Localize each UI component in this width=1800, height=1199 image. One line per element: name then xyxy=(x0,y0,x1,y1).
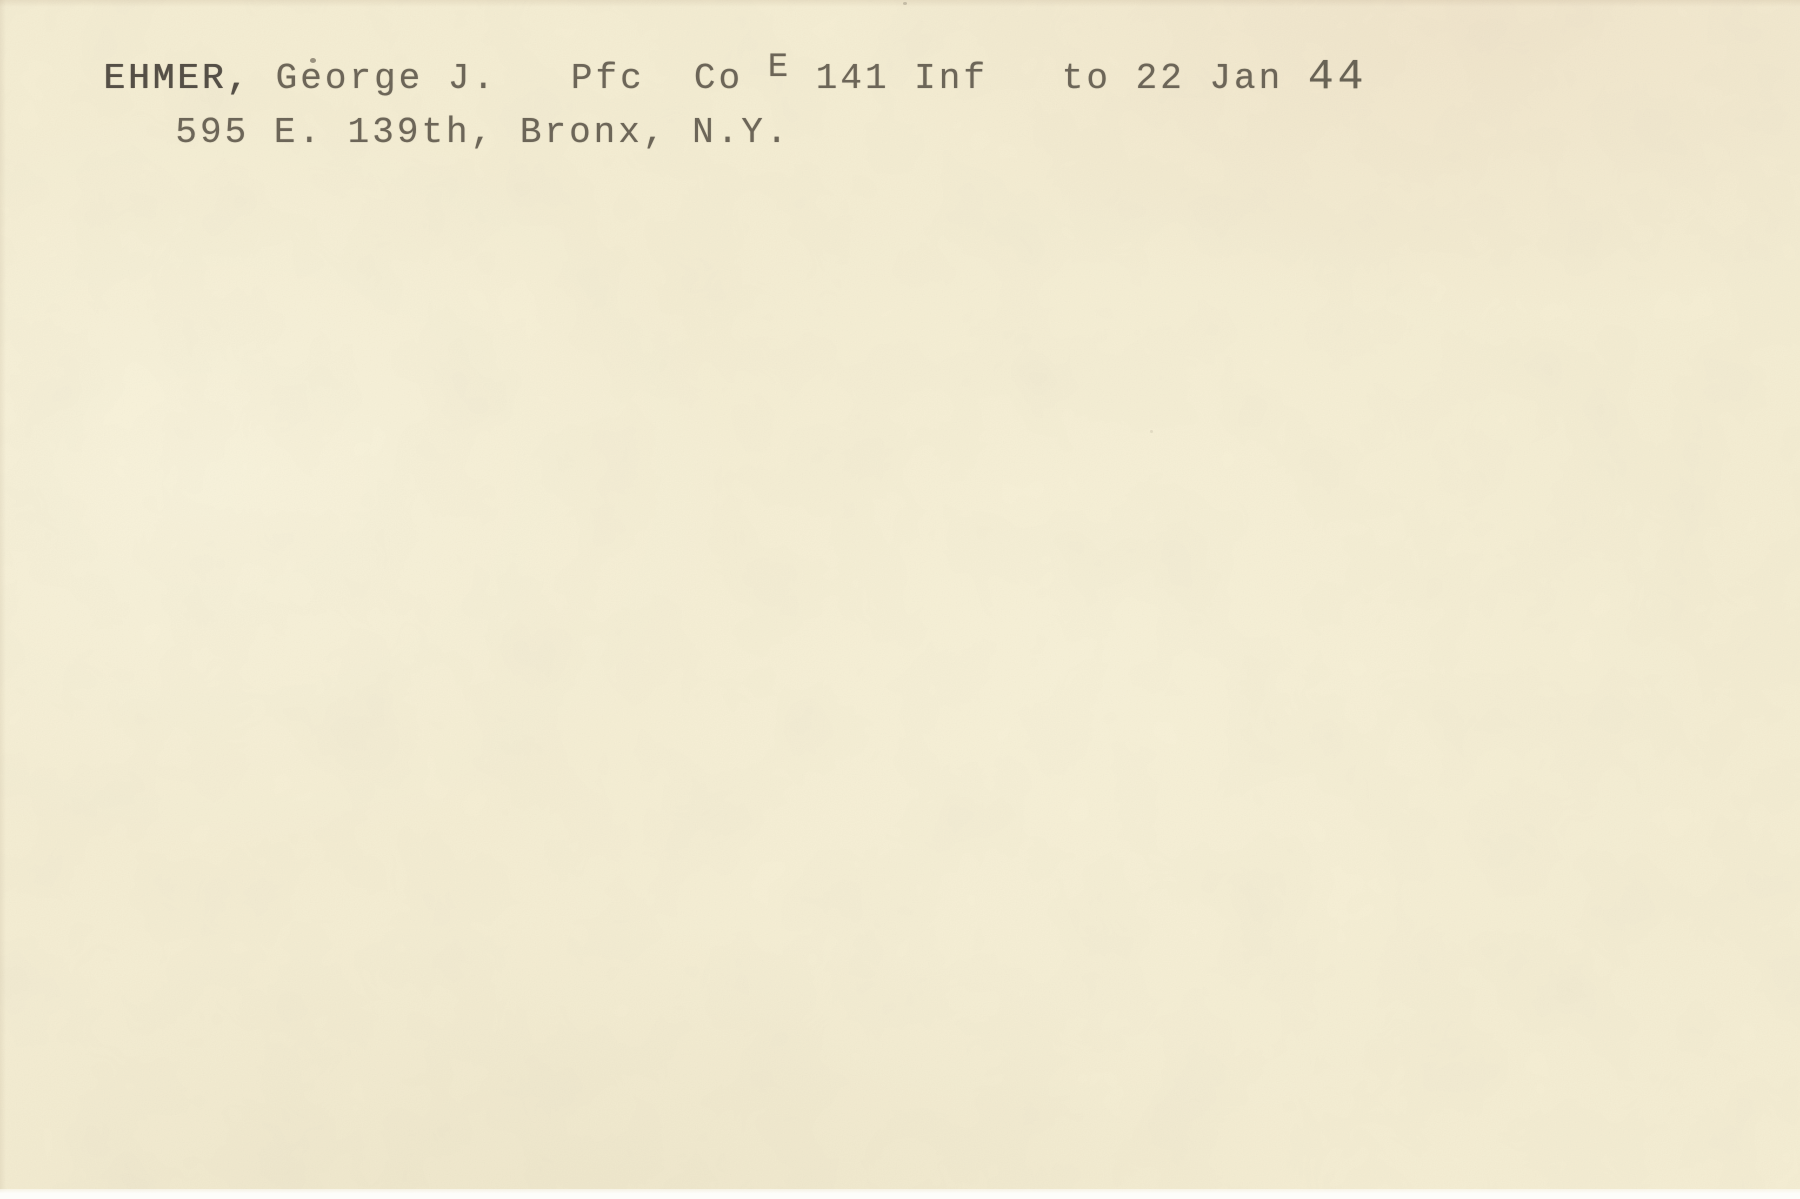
regiment-date-text: 141 Inf to 22 Jan xyxy=(791,58,1308,99)
index-card-scan: EHMER, George J. Pfc Co E 141 Inf to 22 … xyxy=(0,0,1800,1199)
ink-speck xyxy=(581,138,585,142)
scanner-edge-strip xyxy=(0,1189,1800,1199)
ink-speck xyxy=(1150,430,1153,433)
card-line-2: 595 E. 139th, Bronx, N.Y. xyxy=(77,64,791,202)
ink-speck xyxy=(903,2,907,5)
address-text: 595 E. 139th, Bronx, N.Y. xyxy=(175,112,790,153)
year-text: 44 xyxy=(1308,52,1368,101)
ink-speck xyxy=(310,58,316,63)
